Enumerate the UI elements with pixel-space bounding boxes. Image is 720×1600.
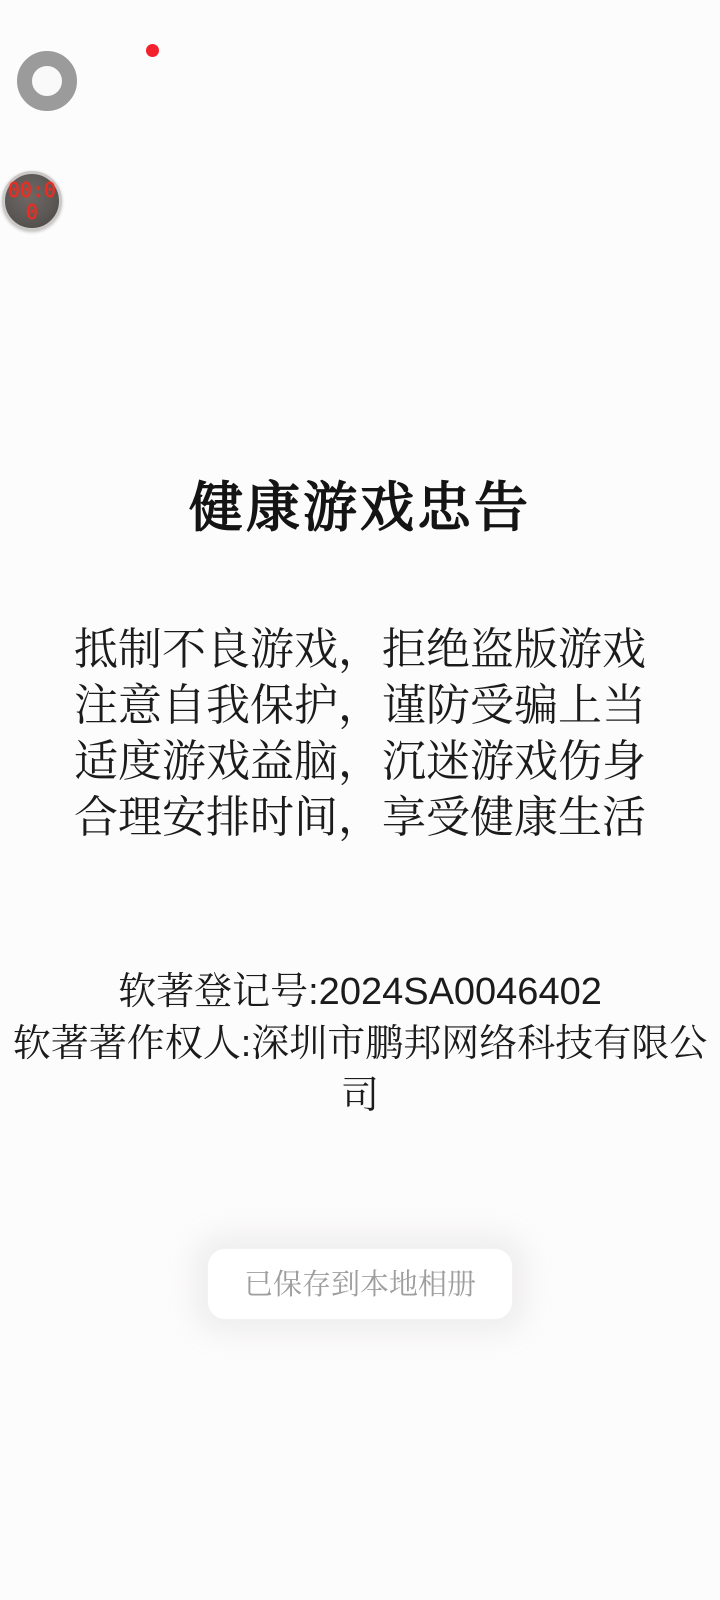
toast-message: 已保存到本地相册	[244, 1269, 476, 1301]
registration-info-block: 软著登记号:2024SA0046402 软著著作权人:深圳市鹏邦网络科技有限公司	[10, 966, 710, 1122]
advisory-line-2: 注意自我保护，谨防受骗上当	[0, 678, 720, 734]
recorder-timer-widget[interactable]: 00:00	[2, 171, 62, 231]
advisory-line-4: 合理安排时间，享受健康生活	[0, 790, 720, 846]
screen-recorder-ring-icon[interactable]	[17, 51, 77, 111]
recording-indicator-dot-icon	[146, 44, 159, 57]
advisory-text-block: 抵制不良游戏，拒绝盗版游戏 注意自我保护，谨防受骗上当 适度游戏益脑，沉迷游戏伤…	[0, 622, 720, 846]
registration-number: 软著登记号:2024SA0046402	[10, 966, 710, 1018]
health-notice-screen: 00:00 健康游戏忠告 抵制不良游戏，拒绝盗版游戏 注意自我保护，谨防受骗上当…	[0, 0, 720, 1600]
page-title: 健康游戏忠告	[0, 478, 720, 538]
toast-saved-to-album: 已保存到本地相册	[207, 1248, 513, 1320]
advisory-line-3: 适度游戏益脑，沉迷游戏伤身	[0, 734, 720, 790]
advisory-line-1: 抵制不良游戏，拒绝盗版游戏	[0, 622, 720, 678]
recorder-timer-value: 00:00	[7, 179, 57, 223]
copyright-owner: 软著著作权人:深圳市鹏邦网络科技有限公司	[10, 1018, 710, 1122]
